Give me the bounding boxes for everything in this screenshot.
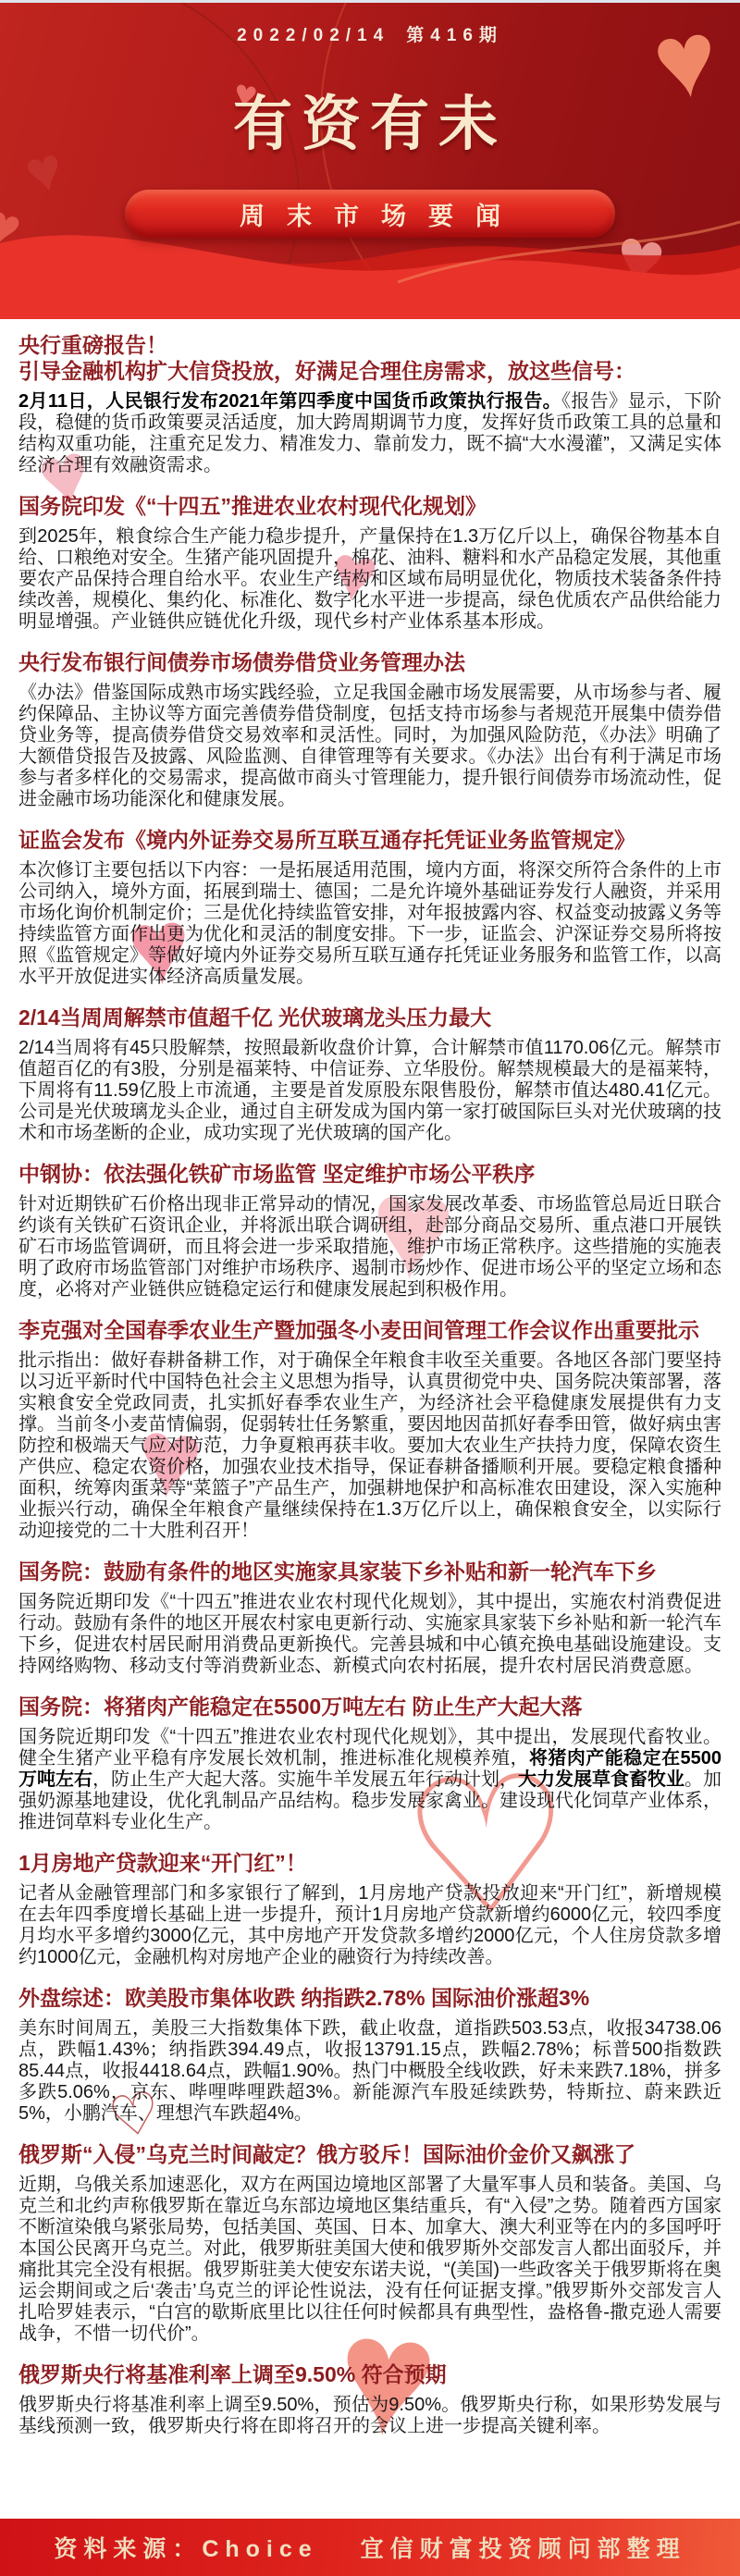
section-paragraph: 到2025年，粮食综合生产能力稳步提升，产量保持在1.3万亿斤以上，确保谷物基本… [18, 526, 721, 633]
section-title-line: 外盘综述：欧美股市集体收跌 纳指跌2.78% 国际油价涨超3% [18, 1985, 721, 2011]
section-title: 李克强对全国春季农业生产暨加强冬小麦田间管理工作会议作出重要批示 [18, 1317, 721, 1343]
section-paragraph: 《办法》借鉴国际成熟市场实践经验，立足我国金融市场发展需要，从市场参与者、履约保… [18, 683, 721, 810]
article: ♥ ♥ ♥ ♥ ♥ ♡ ♡ ♥ 央行重磅报告！引导金融机构扩大信贷投放，好满足合… [0, 319, 740, 2519]
section-body: 针对近期铁矿石价格出现非正常异动的情况，国家发展改革委、市场监管总局近日联合约谈… [18, 1194, 721, 1300]
source-label: 资料来源：Choice [54, 2531, 317, 2564]
section-paragraph: 2/14当周将有45只股解禁，按照最新收盘价计算，合计解禁市值1170.06亿元… [18, 1038, 721, 1144]
section-paragraph: 俄罗斯央行将基准利率上调至9.50%，预估为9.50%。俄罗斯央行称，如果形势发… [18, 2395, 721, 2437]
news-section-spring-farming: 李克强对全国春季农业生产暨加强冬小麦田间管理工作会议作出重要批示 批示指出：做好… [18, 1317, 721, 1542]
section-body: 近期，乌俄关系加速恶化，双方在两国边境地区部署了大量军事人员和装备。美国、乌克兰… [18, 2175, 721, 2345]
news-section-rural-plan: 国务院印发《“十四五”推进农业农村现代化规划》 到2025年，粮食综合生产能力稳… [18, 493, 721, 633]
news-section-bond-lending: 央行发布银行间债券市场债券借贷业务管理办法 《办法》借鉴国际成熟市场实践经验，立… [18, 649, 721, 810]
section-paragraph: 本次修订主要包括以下内容：一是拓展适用范围，境内方面，将深交所符合条件的上市公司… [18, 860, 721, 988]
section-paragraph: 国务院近期印发《“十四五”推进农业农村现代化规划》，其中提出，发展现代畜牧业。健… [18, 1727, 721, 1833]
newsletter-page: ♥ ♥ ♥ ♥ ♥ ♥ 2022/02/14第416期 有资有未 周末市场要闻 … [0, 0, 740, 2576]
news-section-iron-ore: 中钢协：依法强化铁矿市场监管 坚定维护市场公平秩序 针对近期铁矿石价格出现非正常… [18, 1161, 721, 1300]
news-section-russia-rate: 俄罗斯央行将基准利率上调至9.50% 符合预期 俄罗斯央行将基准利率上调至9.5… [18, 2361, 721, 2437]
section-title-line: 1月房地产贷款迎来“开门红”！ [18, 1850, 721, 1876]
section-body: 《办法》借鉴国际成熟市场实践经验，立足我国金融市场发展需要，从市场参与者、履约保… [18, 683, 721, 810]
section-title: 央行发布银行间债券市场债券借贷业务管理办法 [18, 649, 721, 675]
body-text: 近期，乌俄关系加速恶化，双方在两国边境地区部署了大量军事人员和装备。美国、乌克兰… [18, 2175, 721, 2344]
section-title-line: 俄罗斯“入侵”乌克兰时间敲定？俄方驳斥！国际油价金价又飙涨了 [18, 2141, 721, 2167]
section-title-line: 李克强对全国春季农业生产暨加强冬小麦田间管理工作会议作出重要批示 [18, 1317, 721, 1343]
body-text: 针对近期铁矿石价格出现非正常异动的情况，国家发展改革委、市场监管总局近日联合约谈… [18, 1194, 721, 1300]
section-title: 国务院：将猪肉产能稳定在5500万吨左右 防止生产大起大落 [18, 1694, 721, 1719]
section-body: 国务院近期印发《“十四五”推进农业农村现代化规划》，其中提出，实施农村消费促进行… [18, 1592, 721, 1677]
section-title-line: 国务院：将猪肉产能稳定在5500万吨左右 防止生产大起大落 [18, 1694, 721, 1719]
bold-text: 大力发展草食畜牧业 [518, 1769, 684, 1790]
body-text: 批示指出：做好春耕备耕工作，对于确保全年粮食丰收至关重要。各地区各部门要坚持以习… [18, 1350, 721, 1541]
section-body: 2/14当周将有45只股解禁，按照最新收盘价计算，合计解禁市值1170.06亿元… [18, 1038, 721, 1144]
section-paragraph: 批示指出：做好春耕备耕工作，对于确保全年粮食丰收至关重要。各地区各部门要坚持以习… [18, 1350, 721, 1542]
body-text: 俄罗斯央行将基准利率上调至9.50%，预估为9.50%。俄罗斯央行称，如果形势发… [18, 2395, 721, 2436]
news-section-overseas-markets: 外盘综述：欧美股市集体收跌 纳指跌2.78% 国际油价涨超3% 美东时间周五，美… [18, 1985, 721, 2125]
section-title-line: 国务院印发《“十四五”推进农业农村现代化规划》 [18, 493, 721, 519]
section-body: 记者从金融管理部门和多家银行了解到，1月房地产贷款投放迎来“开门红”，新增规模在… [18, 1883, 721, 1968]
body-text: 《办法》借鉴国际成熟市场实践经验，立足我国金融市场发展需要，从市场参与者、履约保… [18, 683, 721, 809]
body-text: 国务院近期印发《“十四五”推进农业农村现代化规划》，其中提出，实施农村消费促进行… [18, 1592, 721, 1676]
section-body: 美东时间周五，美股三大指数集体下跌，截止收盘，道指跌503.53点，收报3473… [18, 2018, 721, 2125]
footer-bar: 资料来源：Choice 宜信财富投资顾问部整理 [0, 2519, 740, 2576]
header-banner: ♥ ♥ ♥ ♥ ♥ ♥ 2022/02/14第416期 有资有未 周末市场要闻 [0, 3, 740, 319]
newsletter-title: 有资有未 [0, 77, 740, 162]
section-title: 1月房地产贷款迎来“开门红”！ [18, 1850, 721, 1876]
body-text: ，防止生产大起大落。实施牛羊发展五年行动计划， [92, 1769, 518, 1790]
section-title-line: 2/14当周周解禁市值超千亿 光伏玻璃龙头压力最大 [18, 1005, 721, 1030]
banner-text: 周末市场要闻 [217, 196, 523, 232]
section-paragraph: 记者从金融管理部门和多家银行了解到，1月房地产贷款投放迎来“开门红”，新增规模在… [18, 1883, 721, 1968]
section-paragraph: 国务院近期印发《“十四五”推进农业农村现代化规划》，其中提出，实施农村消费促进行… [18, 1592, 721, 1677]
section-title: 俄罗斯央行将基准利率上调至9.50% 符合预期 [18, 2361, 721, 2387]
issue-date: 2022/02/14 [237, 26, 389, 45]
section-title: 中钢协：依法强化铁矿市场监管 坚定维护市场公平秩序 [18, 1161, 721, 1187]
banner-pill: 周末市场要闻 [125, 190, 615, 238]
section-title: 外盘综述：欧美股市集体收跌 纳指跌2.78% 国际油价涨超3% [18, 1985, 721, 2011]
issue-line: 2022/02/14第416期 [0, 21, 740, 46]
news-section-pboc-report: 央行重磅报告！引导金融机构扩大信贷投放，好满足合理住房需求，放这些信号： 2月1… [18, 332, 721, 476]
section-title: 证监会发布《境内外证券交易所互联互通存托凭证业务监管规定》 [18, 827, 721, 853]
news-section-unlock-week: 2/14当周周解禁市值超千亿 光伏玻璃龙头压力最大 2/14当周将有45只股解禁… [18, 1005, 721, 1144]
section-paragraph: 近期，乌俄关系加速恶化，双方在两国边境地区部署了大量军事人员和装备。美国、乌克兰… [18, 2175, 721, 2345]
section-paragraph: 针对近期铁矿石价格出现非正常异动的情况，国家发展改革委、市场监管总局近日联合约谈… [18, 1194, 721, 1300]
section-paragraph: 2月11日，人民银行发布2021年第四季度中国货币政策执行报告。《报告》显示，下… [18, 391, 721, 476]
news-section-rural-consumption: 国务院：鼓励有条件的地区实施家具家装下乡补贴和新一轮汽车下乡 国务院近期印发《“… [18, 1559, 721, 1677]
section-body: 本次修订主要包括以下内容：一是拓展适用范围，境内方面，将深交所符合条件的上市公司… [18, 860, 721, 988]
section-title: 俄罗斯“入侵”乌克兰时间敲定？俄方驳斥！国际油价金价又飙涨了 [18, 2141, 721, 2167]
section-title-line: 央行发布银行间债券市场债券借贷业务管理办法 [18, 649, 721, 675]
body-text: 美东时间周五，美股三大指数集体下跌，截止收盘，道指跌503.53点，收报3473… [18, 2018, 721, 2124]
section-title: 国务院印发《“十四五”推进农业农村现代化规划》 [18, 493, 721, 519]
section-title-line: 中钢协：依法强化铁矿市场监管 坚定维护市场公平秩序 [18, 1161, 721, 1187]
news-section-pork-capacity: 国务院：将猪肉产能稳定在5500万吨左右 防止生产大起大落 国务院近期印发《“十… [18, 1694, 721, 1833]
section-title-line: 央行重磅报告！ [18, 332, 721, 358]
section-title-line: 证监会发布《境内外证券交易所互联互通存托凭证业务监管规定》 [18, 827, 721, 853]
section-title-line: 引导金融机构扩大信贷投放，好满足合理住房需求，放这些信号： [18, 358, 721, 384]
section-body: 国务院近期印发《“十四五”推进农业农村现代化规划》，其中提出，发展现代畜牧业。健… [18, 1727, 721, 1833]
news-section-russia-ukraine: 俄罗斯“入侵”乌克兰时间敲定？俄方驳斥！国际油价金价又飙涨了 近期，乌俄关系加速… [18, 2141, 721, 2345]
news-section-csrc-gdr: 证监会发布《境内外证券交易所互联互通存托凭证业务监管规定》 本次修订主要包括以下… [18, 827, 721, 988]
news-section-property-loans: 1月房地产贷款迎来“开门红”！ 记者从金融管理部门和多家银行了解到，1月房地产贷… [18, 1850, 721, 1968]
issue-number: 第416期 [406, 26, 503, 45]
section-paragraph: 美东时间周五，美股三大指数集体下跌，截止收盘，道指跌503.53点，收报3473… [18, 2018, 721, 2125]
section-body: 2月11日，人民银行发布2021年第四季度中国货币政策执行报告。《报告》显示，下… [18, 391, 721, 476]
section-body: 俄罗斯央行将基准利率上调至9.50%，预估为9.50%。俄罗斯央行称，如果形势发… [18, 2395, 721, 2437]
body-text: 2/14当周将有45只股解禁，按照最新收盘价计算，合计解禁市值1170.06亿元… [18, 1038, 721, 1143]
section-title: 央行重磅报告！引导金融机构扩大信贷投放，好满足合理住房需求，放这些信号： [18, 332, 721, 384]
body-text: 记者从金融管理部门和多家银行了解到，1月房地产贷款投放迎来“开门红”，新增规模在… [18, 1883, 721, 1967]
section-body: 批示指出：做好春耕备耕工作，对于确保全年粮食丰收至关重要。各地区各部门要坚持以习… [18, 1350, 721, 1542]
body-text: 到2025年，粮食综合生产能力稳步提升，产量保持在1.3万亿斤以上，确保谷物基本… [18, 526, 721, 632]
section-body: 到2025年，粮食综合生产能力稳步提升，产量保持在1.3万亿斤以上，确保谷物基本… [18, 526, 721, 633]
section-title: 2/14当周周解禁市值超千亿 光伏玻璃龙头压力最大 [18, 1005, 721, 1030]
editor-label: 宜信财富投资顾问部整理 [361, 2531, 686, 2564]
section-title: 国务院：鼓励有条件的地区实施家具家装下乡补贴和新一轮汽车下乡 [18, 1559, 721, 1584]
body-text: 本次修订主要包括以下内容：一是拓展适用范围，境内方面，将深交所符合条件的上市公司… [18, 860, 721, 987]
section-title-line: 国务院：鼓励有条件的地区实施家具家装下乡补贴和新一轮汽车下乡 [18, 1559, 721, 1584]
bold-text: 2月11日，人民银行发布2021年第四季度中国货币政策执行报告。 [18, 391, 561, 412]
section-title-line: 俄罗斯央行将基准利率上调至9.50% 符合预期 [18, 2361, 721, 2387]
